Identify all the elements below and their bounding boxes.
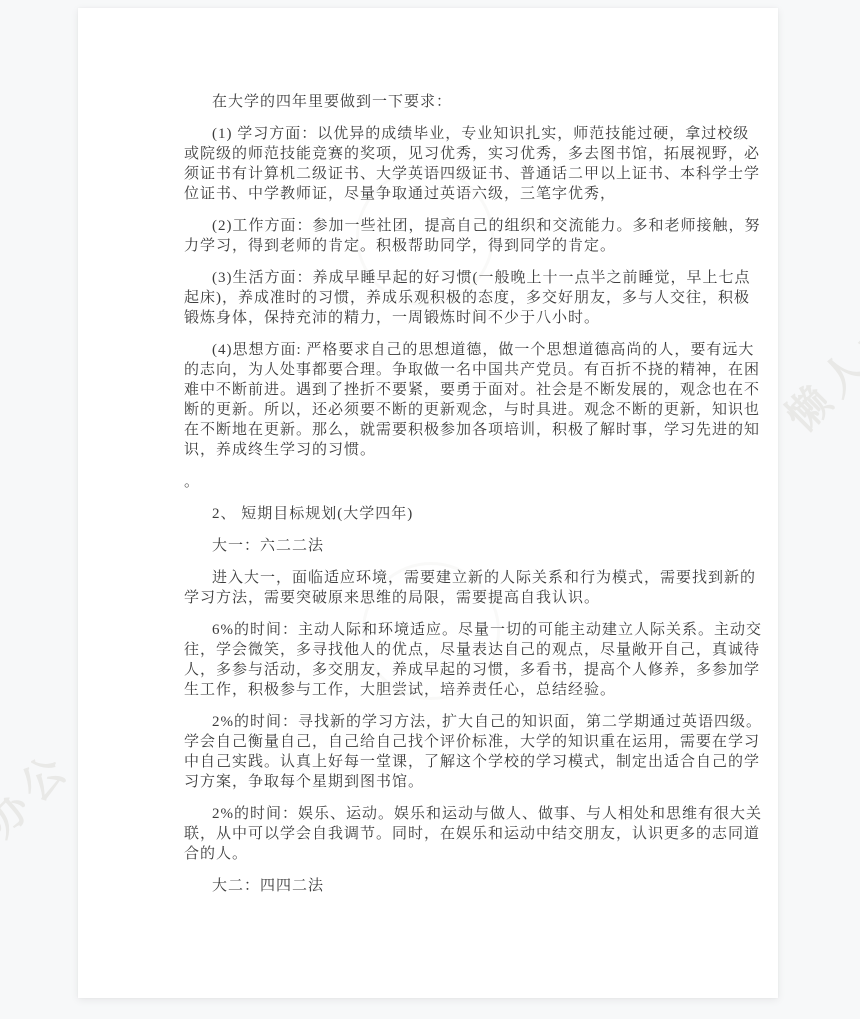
paragraph-time-2-percent-fun: 2%的时间：娱乐、运动。娱乐和运动与做人、做事、与人相处和思维有很大关联，从中可… bbox=[184, 804, 762, 864]
paragraph-time-6-percent: 6%的时间：主动人际和环境适应。尽量一切的可能主动建立人际关系。主动交往，学会微… bbox=[184, 620, 762, 700]
paragraph-work: (2)工作方面：参加一些社团，提高自己的组织和交流能力。多和老师接触，努力学习，… bbox=[184, 216, 762, 256]
heading-short-term-plan: 2、 短期目标规划(大学四年) bbox=[184, 504, 762, 524]
paragraph-thought: (4)思想方面: 严格要求自己的思想道德，做一个思想道德高尚的人，要有远大的志向… bbox=[184, 340, 762, 460]
paragraph-period: 。 bbox=[184, 472, 762, 492]
paragraph-time-2-percent-study: 2%的时间：寻找新的学习方法，扩大自己的知识面，第二学期通过英语四级。学会自己衡… bbox=[184, 712, 762, 792]
paragraph-life: (3)生活方面：养成早睡早起的好习惯(一般晚上十一点半之前睡觉，早上七点起床)，… bbox=[184, 268, 762, 328]
heading-sophomore-method: 大二：四四二法 bbox=[184, 876, 762, 896]
watermark-text-left: 懒人办公 bbox=[0, 735, 83, 919]
document-page: 在大学的四年里要做到一下要求： (1) 学习方面：以优异的成绩毕业，专业知识扎实… bbox=[78, 8, 778, 998]
paragraph-freshman-intro: 进入大一，面临适应环境，需要建立新的人际关系和行为模式，需要找到新的学习方法，需… bbox=[184, 568, 762, 608]
paragraph-intro: 在大学的四年里要做到一下要求： bbox=[184, 92, 762, 112]
watermark-text-right: 懒人办公 bbox=[771, 259, 860, 443]
document-content: 在大学的四年里要做到一下要求： (1) 学习方面：以优异的成绩毕业，专业知识扎实… bbox=[78, 8, 778, 998]
paragraph-study: (1) 学习方面：以优异的成绩毕业，专业知识扎实，师范技能过硬，拿过校级或院级的… bbox=[184, 124, 762, 204]
heading-freshman-method: 大一：六二二法 bbox=[184, 536, 762, 556]
